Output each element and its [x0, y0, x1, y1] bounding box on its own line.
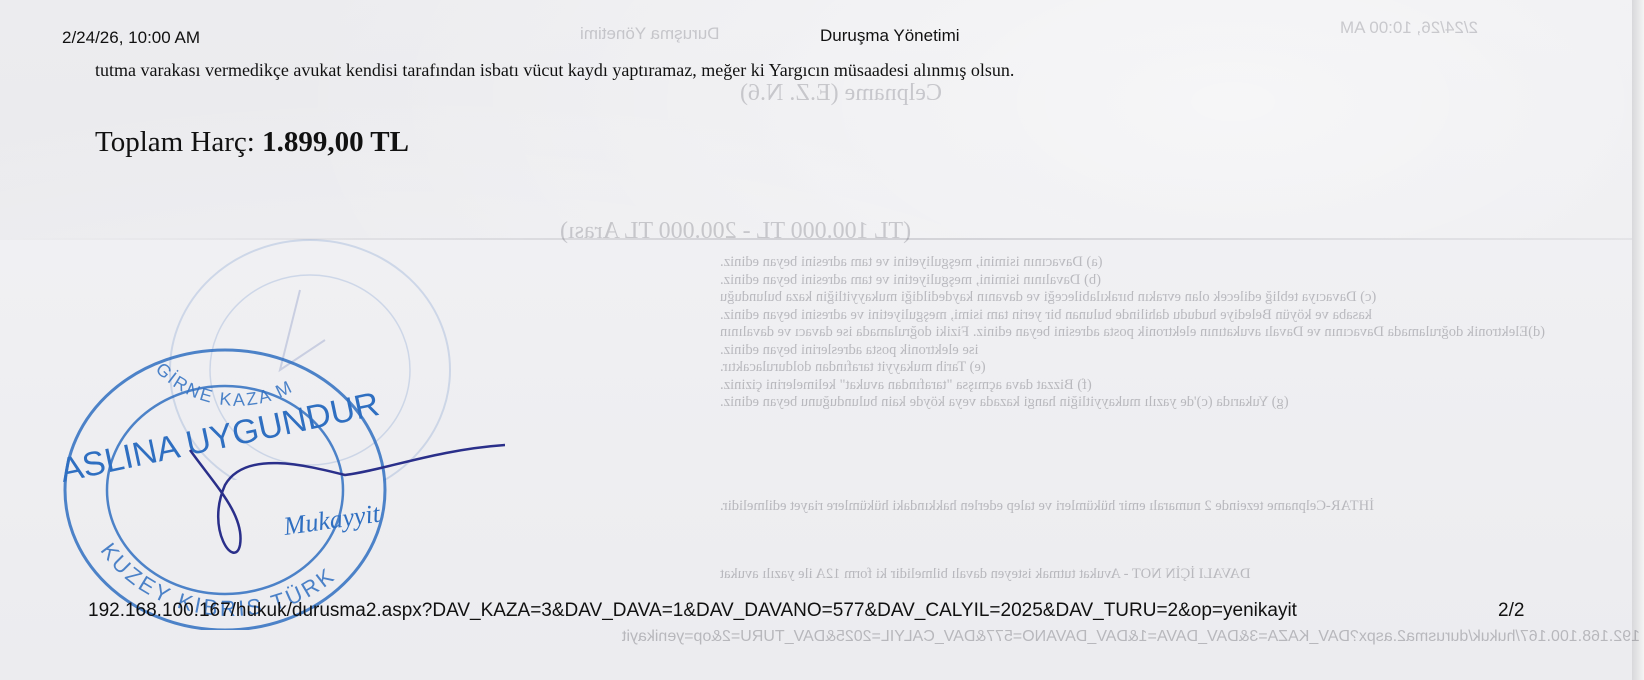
bleed-line: (b) Davalının isimini, meşguliyetini ve …	[720, 272, 1640, 290]
bleed-line: (f) Bizzat dava açmışsa "tarafından avuk…	[720, 377, 1640, 395]
bleed-title: Duruşma Yönetimi	[580, 24, 720, 44]
bleed-note: DAVALI İÇİN NOT - Avukat tutmak isteyen …	[720, 566, 1640, 583]
bleed-line: (e) Tarih mukayyit tarafından doldurulac…	[720, 359, 1640, 377]
print-datetime: 2/24/26, 10:00 AM	[62, 28, 200, 48]
page-title: Duruşma Yönetimi	[820, 26, 960, 46]
court-stamp-icon: KUZEY KIBRIS TÜRK CUMHURİYETİ GİRNE KAZA…	[45, 300, 505, 630]
bleed-heading: Celpname (E.Z. N.6)	[740, 80, 942, 107]
bleed-ihtar: İHTAR-Celpname tezeinde 2 numaralı emir …	[720, 498, 1640, 515]
footer-url: 192.168.100.167/hukuk/durusma2.aspx?DAV_…	[88, 600, 1297, 622]
total-fee-label: Toplam Harç:	[95, 126, 255, 158]
bleed-line: (c) Davacıya tebliğ edilecek olan evrakı…	[720, 289, 1640, 307]
total-fee-value: 1.899,00 TL	[262, 126, 409, 158]
bleed-footer: 192.168.100.167/hukuk/durusma2.aspx?DAV_…	[720, 628, 1640, 646]
bleed-line: (g) Yukarıda (c)'de yazılı mukayyitliğin…	[720, 394, 1640, 412]
page-number: 2/2	[1498, 600, 1524, 622]
bleed-line: ise elektronik posta adreslerini beyan e…	[720, 342, 1640, 360]
body-text-line: tutma varakası vermedikçe avukat kendisi…	[95, 60, 1014, 81]
bleed-line: (d)Elektronik doğrulamada Davacının ve D…	[720, 324, 1640, 342]
bleed-datetime: 2/24/26, 10:00 AM	[1340, 18, 1478, 38]
bleed-line: kasaba ve köyün Belediye hududu dahilind…	[720, 307, 1640, 325]
total-fee: Toplam Harç: 1.899,00 TL	[95, 126, 409, 159]
bleed-instructions-list: (a) Davacının isimini, meşguliyetini ve …	[720, 254, 1640, 412]
bleed-range: (TL 100.000 TL - 200.000 TL Arası)	[560, 218, 911, 245]
signature-stroke	[190, 445, 505, 553]
bleed-line: (a) Davacının isimini, meşguliyetini ve …	[720, 254, 1640, 272]
